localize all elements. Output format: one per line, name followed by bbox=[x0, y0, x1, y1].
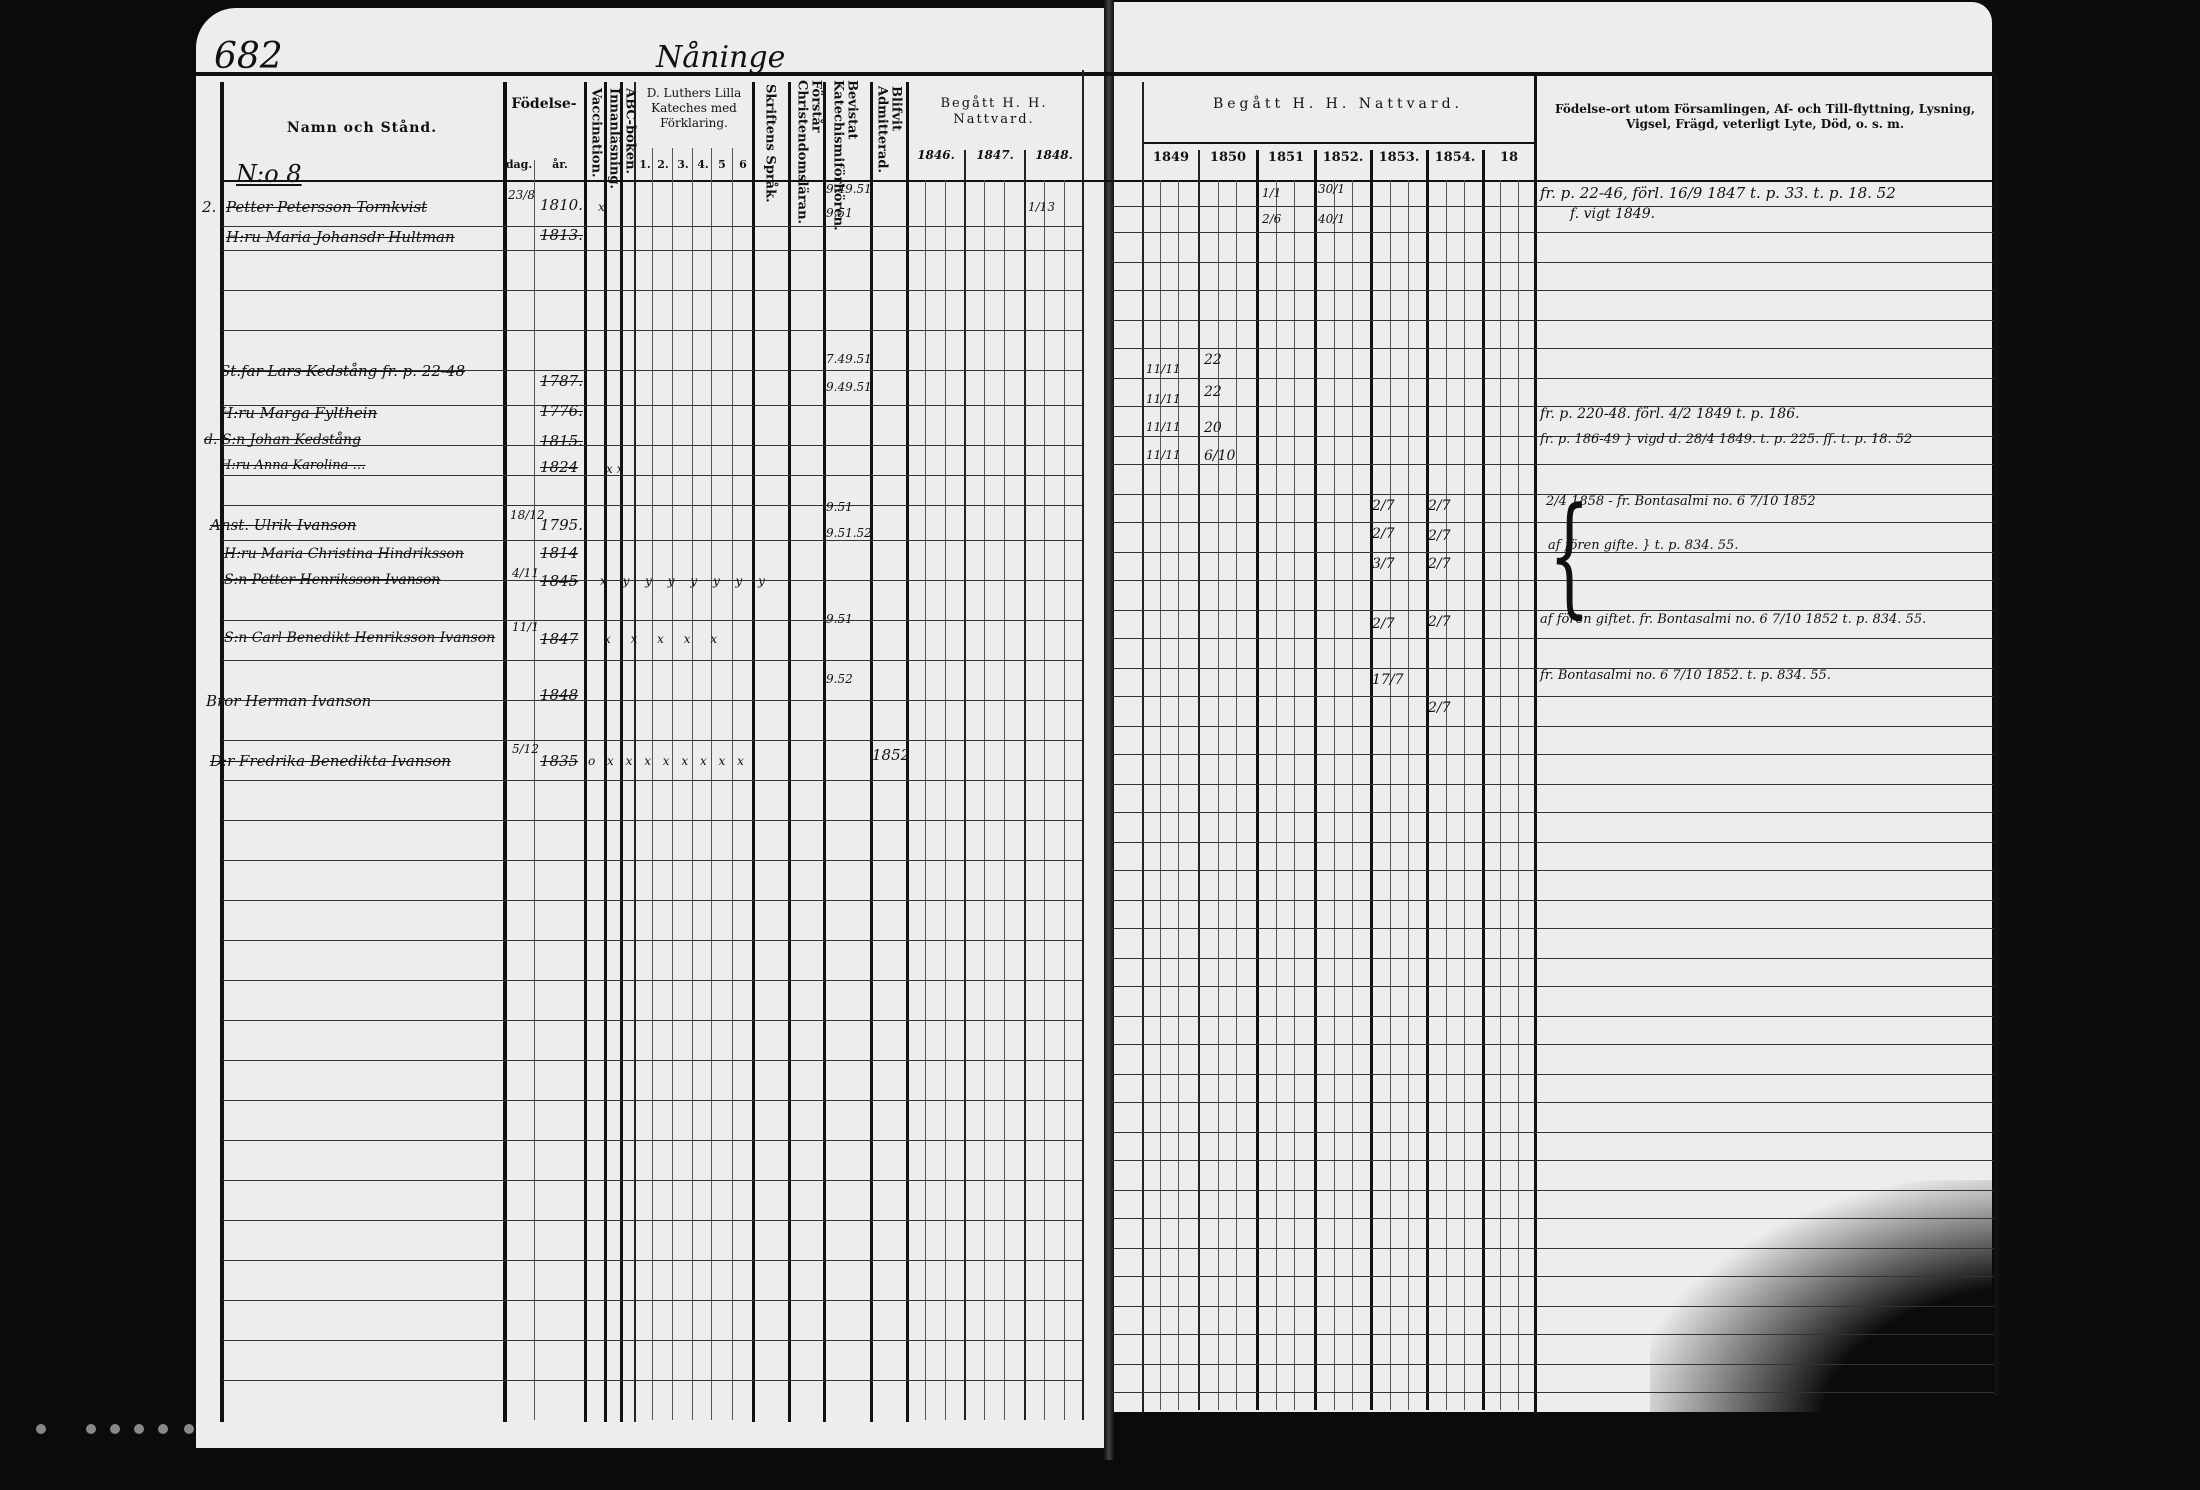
year-1848: 1848. bbox=[1026, 148, 1082, 163]
progress-marks: x x x x x bbox=[604, 632, 725, 646]
col-header-nattvard-left: Begått H. H. Nattvard. bbox=[908, 96, 1080, 129]
col-header-name: Namn och Stånd. bbox=[222, 120, 502, 138]
row-line bbox=[1112, 1074, 1994, 1075]
year-18xx: 18 bbox=[1484, 150, 1534, 166]
row-line bbox=[222, 1020, 1082, 1021]
col-divider bbox=[1500, 180, 1501, 1410]
progress-marks: x y y y y y y y bbox=[600, 574, 771, 588]
row-line bbox=[1112, 1016, 1994, 1017]
row-line bbox=[1112, 900, 1994, 901]
nattvard-mark: 40/1 bbox=[1318, 212, 1345, 226]
row-line bbox=[222, 1220, 1082, 1221]
col-header-admitterad: Blifvit Admitterad. bbox=[874, 86, 903, 176]
col-divider bbox=[1426, 150, 1429, 1410]
row-line bbox=[1112, 696, 1994, 697]
catechism-mark: 9.51 bbox=[826, 206, 853, 220]
col-divider bbox=[692, 148, 693, 1420]
remark: fr. p. 186-49 } vigd d. 28/4 1849. t. p.… bbox=[1540, 432, 1912, 447]
col-divider bbox=[1390, 180, 1391, 1410]
col-divider bbox=[1464, 180, 1465, 1410]
year-1847: 1847. bbox=[966, 148, 1024, 163]
nattvard-mark: 11/11 bbox=[1146, 420, 1181, 434]
row-line bbox=[222, 1180, 1082, 1181]
col-divider bbox=[1314, 150, 1317, 1410]
row-line bbox=[222, 740, 1082, 741]
col-divider bbox=[620, 82, 623, 1422]
col-header-forstar: Förstår Christendomsläran. bbox=[794, 80, 823, 176]
catechism-mark: 7.49.51 bbox=[826, 352, 872, 366]
row-line bbox=[222, 505, 1082, 506]
col-divider bbox=[1142, 82, 1144, 1412]
catechism-mark: 9.52 bbox=[826, 672, 853, 686]
progress-marks: x bbox=[598, 200, 605, 214]
row-line bbox=[1112, 638, 1994, 639]
row-line bbox=[1112, 1248, 1994, 1249]
remark: fr. p. 22-46, förl. 16/9 1847 t. p. 33. … bbox=[1540, 184, 1896, 202]
col-divider bbox=[1256, 150, 1259, 1410]
col-divider bbox=[1082, 70, 1084, 1420]
col-divider bbox=[604, 82, 607, 1422]
row-line bbox=[1112, 986, 1994, 987]
col-divider bbox=[1236, 180, 1237, 1410]
row-line bbox=[222, 900, 1082, 901]
row-line bbox=[222, 250, 1082, 251]
person-name: H:ru Maria Johansdr Hultman bbox=[226, 228, 455, 246]
catechism-mark: 9.49.51 bbox=[826, 182, 872, 196]
row-line bbox=[1112, 320, 1994, 321]
subheader-rule bbox=[1144, 142, 1534, 144]
nattvard-mark: 2/7 bbox=[1428, 528, 1451, 544]
progress-marks: o x x x x x x x x bbox=[588, 754, 748, 768]
col-divider bbox=[503, 82, 507, 1422]
col-divider bbox=[1534, 76, 1537, 1416]
person-name: Anst. Ulrik Ivanson bbox=[210, 516, 356, 534]
nattvard-mark: 2/6 bbox=[1262, 212, 1281, 226]
col-divider bbox=[534, 160, 535, 1420]
year-1850: 1850 bbox=[1200, 150, 1256, 166]
col-divider bbox=[652, 148, 653, 1420]
col-divider bbox=[1044, 180, 1045, 1420]
row-line bbox=[1112, 1160, 1994, 1161]
row-line bbox=[1112, 754, 1994, 755]
top-rule bbox=[196, 72, 1996, 76]
col-divider bbox=[1294, 180, 1295, 1410]
birth-year: 1814 bbox=[540, 544, 578, 562]
col-divider bbox=[1004, 180, 1005, 1420]
col-divider bbox=[945, 180, 946, 1420]
col-header-birth: Födelse- bbox=[505, 96, 583, 114]
birth-year: 1845 bbox=[540, 572, 578, 590]
nattvard-mark: 20 bbox=[1204, 420, 1222, 436]
person-name: St.far Lars Kedstång fr. p. 22-48 bbox=[220, 362, 465, 380]
col-divider bbox=[672, 148, 673, 1420]
row-line bbox=[1112, 1218, 1994, 1219]
row-line bbox=[222, 475, 1082, 476]
person-name: H:ru Marga Fylthein bbox=[220, 404, 377, 422]
row-line bbox=[222, 1060, 1082, 1061]
col-divider bbox=[1370, 150, 1373, 1410]
col-header-birth-day: dag. bbox=[505, 158, 533, 172]
nattvard-mark: 2/7 bbox=[1428, 556, 1451, 572]
col-divider bbox=[634, 82, 636, 1422]
row-line bbox=[1112, 1044, 1994, 1045]
row-line bbox=[1112, 812, 1994, 813]
col-divider bbox=[1482, 150, 1485, 1410]
remark: f. vigt 1849. bbox=[1570, 206, 1655, 222]
nattvard-mark: 1/1 bbox=[1262, 186, 1281, 200]
col-divider bbox=[925, 180, 926, 1420]
birth-day: 4/11 bbox=[512, 566, 539, 580]
year-1854: 1854. bbox=[1428, 150, 1482, 166]
row-line bbox=[222, 1380, 1082, 1381]
col-header-skriftens: Skriftens Språk. bbox=[762, 84, 776, 203]
right-edge bbox=[1994, 76, 1999, 1396]
nattvard-mark: 22 bbox=[1204, 352, 1222, 368]
row-line bbox=[222, 1140, 1082, 1141]
row-line bbox=[222, 660, 1082, 661]
row-line bbox=[222, 780, 1082, 781]
brace-bracket: { bbox=[1549, 490, 1590, 620]
row-line bbox=[1112, 784, 1994, 785]
person-name: H:ru Anna Karolina … bbox=[220, 458, 366, 473]
row-line bbox=[222, 540, 1082, 541]
year-1849: 1849 bbox=[1144, 150, 1198, 166]
year-1852: 1852. bbox=[1316, 150, 1370, 166]
row-line bbox=[1112, 206, 1994, 207]
birth-day: 5/12 bbox=[512, 742, 539, 756]
col-header-luther: D. Luthers Lilla Kateches med Förklaring… bbox=[636, 86, 752, 131]
row-line bbox=[222, 290, 1082, 291]
catechism-mark: 9.51 bbox=[826, 500, 853, 514]
col-header-luther-4: 4. bbox=[694, 158, 712, 172]
person-name: S:n Carl Benedikt Henriksson Ivanson bbox=[224, 630, 495, 646]
col-header-vaccination: Vaccination. bbox=[588, 88, 602, 178]
row-line bbox=[1112, 1102, 1994, 1103]
birth-year: 1810. bbox=[540, 196, 583, 214]
row-line bbox=[1112, 262, 1994, 263]
nattvard-mark: 1/13 bbox=[1028, 200, 1055, 214]
row-line bbox=[1112, 870, 1994, 871]
nattvard-mark: 17/7 bbox=[1372, 672, 1403, 688]
row-line bbox=[1112, 464, 1994, 465]
remark: 2/4 1858 - fr. Bontasalmi no. 6 7/10 185… bbox=[1546, 494, 1816, 509]
row-line bbox=[1112, 378, 1994, 379]
col-header-nattvard-right: Begått H. H. Nattvard. bbox=[1144, 96, 1532, 114]
progress-marks: x x bbox=[606, 462, 623, 476]
col-header-luther-1: 1. bbox=[636, 158, 654, 172]
year-1846: 1846. bbox=[908, 148, 964, 163]
admitted-year: 1852 bbox=[872, 746, 910, 764]
scan-shadow bbox=[1650, 1180, 2050, 1420]
row-line bbox=[1112, 1276, 1994, 1277]
col-divider bbox=[788, 82, 791, 1422]
person-name: d. S:n Johan Kedstång bbox=[204, 432, 361, 448]
birth-year: 1776. bbox=[540, 402, 583, 420]
row-line bbox=[222, 1300, 1082, 1301]
col-divider bbox=[1408, 180, 1409, 1410]
col-divider bbox=[584, 82, 587, 1422]
row-line bbox=[1112, 348, 1994, 349]
col-divider bbox=[1064, 180, 1065, 1420]
col-header-luther-6: 6 bbox=[734, 158, 752, 172]
col-header-birth-year: år. bbox=[536, 158, 584, 172]
nattvard-mark: 11/11 bbox=[1146, 448, 1181, 462]
nattvard-mark: 2/7 bbox=[1372, 498, 1395, 514]
nattvard-mark: 2/7 bbox=[1372, 616, 1395, 632]
person-name: D:r Fredrika Benedikta Ivanson bbox=[210, 752, 451, 770]
remark: af fören gifte. } t. p. 834. 55. bbox=[1548, 538, 1738, 553]
nattvard-mark: 2/7 bbox=[1428, 700, 1451, 716]
row-line bbox=[1112, 1190, 1994, 1191]
row-line bbox=[222, 820, 1082, 821]
nattvard-mark: 2/7 bbox=[1372, 526, 1395, 542]
row-line bbox=[1112, 958, 1994, 959]
row-line bbox=[1112, 928, 1994, 929]
row-line bbox=[1112, 1334, 1994, 1335]
col-header-luther-5: 5 bbox=[713, 158, 731, 172]
nattvard-mark: 2/7 bbox=[1428, 614, 1451, 630]
col-divider bbox=[752, 82, 755, 1422]
row-line bbox=[222, 330, 1082, 331]
catechism-mark: 9.51 bbox=[826, 612, 853, 626]
birth-year: 1815. bbox=[540, 432, 583, 450]
nattvard-mark: 22 bbox=[1204, 384, 1222, 400]
page-number: 682 bbox=[214, 36, 283, 77]
col-divider bbox=[1518, 180, 1519, 1410]
row-line bbox=[1112, 1132, 1994, 1133]
col-divider bbox=[1198, 150, 1200, 1410]
birth-year: 1813. bbox=[540, 226, 583, 244]
col-header-abc: ABC-boken. bbox=[622, 88, 636, 174]
birth-year: 1847 bbox=[540, 630, 578, 648]
household-number: N:o 8 bbox=[236, 160, 302, 188]
row-line bbox=[1112, 232, 1994, 233]
person-name: Petter Petersson Tornkvist bbox=[226, 198, 427, 216]
nattvard-mark: 11/11 bbox=[1146, 392, 1181, 406]
remark: af fören giftet. fr. Bontasalmi no. 6 7/… bbox=[1540, 612, 1926, 627]
row-line bbox=[1112, 290, 1994, 291]
header-rule bbox=[222, 180, 1992, 182]
col-divider bbox=[1446, 180, 1447, 1410]
col-divider bbox=[823, 82, 826, 1422]
remark: fr. p. 220-48. förl. 4/2 1849 t. p. 186. bbox=[1540, 406, 1800, 422]
row-line bbox=[1112, 726, 1994, 727]
col-header-innanlasning: Innanläsning. bbox=[606, 88, 620, 189]
birth-year: 1824 bbox=[540, 458, 578, 476]
col-divider bbox=[1334, 180, 1335, 1410]
birth-day: 23/8 bbox=[508, 188, 535, 202]
col-header-luther-2: 2. bbox=[654, 158, 672, 172]
person-name: Bror Herman Ivanson bbox=[206, 692, 371, 710]
row-line bbox=[1112, 842, 1994, 843]
row-marker: 2. bbox=[202, 198, 216, 216]
row-line bbox=[1112, 1306, 1994, 1307]
birth-year: 1787. bbox=[540, 372, 583, 390]
nattvard-mark: 2/7 bbox=[1428, 498, 1451, 514]
nattvard-mark: 11/11 bbox=[1146, 362, 1181, 376]
nattvard-mark: 30/1 bbox=[1318, 182, 1345, 196]
row-line bbox=[222, 940, 1082, 941]
col-divider bbox=[1276, 180, 1277, 1410]
row-line bbox=[1112, 1392, 1994, 1393]
row-line bbox=[222, 1260, 1082, 1261]
village-name: Nåninge bbox=[656, 40, 785, 75]
catechism-mark: 9.49.51 bbox=[826, 380, 872, 394]
year-1853: 1853. bbox=[1372, 150, 1426, 166]
row-line bbox=[222, 860, 1082, 861]
catechism-mark: 9.51.52 bbox=[826, 526, 872, 540]
col-divider bbox=[984, 180, 985, 1420]
year-1851: 1851 bbox=[1258, 150, 1314, 166]
birth-year: 1848 bbox=[540, 686, 578, 704]
book-gutter bbox=[1104, 0, 1114, 1460]
row-line bbox=[1112, 1364, 1994, 1365]
col-divider bbox=[1352, 180, 1353, 1410]
person-name: H:ru Maria Christina Hindriksson bbox=[224, 546, 464, 562]
col-header-luther-3: 3. bbox=[674, 158, 692, 172]
col-header-remarks: Födelse-ort utom Församlingen, Af- och T… bbox=[1540, 102, 1990, 132]
row-line bbox=[222, 1340, 1082, 1341]
remark: fr. Bontasalmi no. 6 7/10 1852. t. p. 83… bbox=[1540, 668, 1831, 683]
col-divider bbox=[964, 150, 966, 1420]
birth-day: 11/1 bbox=[512, 620, 539, 634]
birth-year: 1835 bbox=[540, 752, 578, 770]
row-line bbox=[222, 226, 1082, 227]
col-divider bbox=[732, 148, 733, 1420]
col-divider bbox=[1024, 150, 1026, 1420]
person-name: S:n Petter Henriksson Ivanson bbox=[224, 572, 440, 588]
col-header-bevistat: Bevistat Katechismiförhören. bbox=[830, 80, 859, 180]
row-line bbox=[222, 980, 1082, 981]
col-divider bbox=[711, 148, 712, 1420]
birth-year: 1795. bbox=[540, 516, 583, 534]
nattvard-mark: 3/7 bbox=[1372, 556, 1395, 572]
nattvard-mark: 6/10 bbox=[1204, 448, 1235, 464]
row-line bbox=[222, 1100, 1082, 1101]
row-line bbox=[222, 620, 1082, 621]
